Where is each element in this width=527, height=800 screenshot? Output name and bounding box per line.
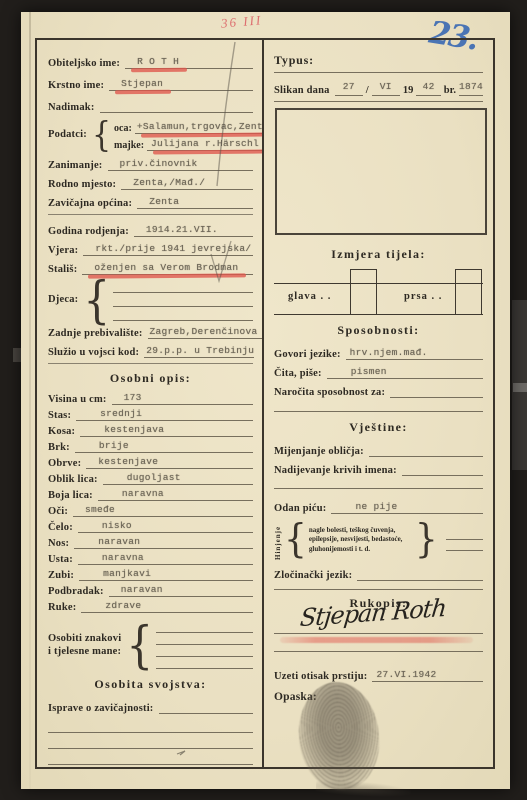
section-separator xyxy=(48,214,253,215)
field-line: kestenjave xyxy=(86,457,253,470)
field-eyebrows: Obrve: kestenjave xyxy=(48,457,253,469)
field-line xyxy=(100,105,253,113)
field-nickname: Nadimak: xyxy=(48,96,253,113)
field-label: Kosa: xyxy=(48,426,80,437)
section-separator xyxy=(48,363,253,364)
field-religion: Vjera: rkt./prije 1941 jevrejska/ xyxy=(48,241,253,256)
left-column: Obiteljsko ime: R O T H Krstno ime: Stje… xyxy=(37,40,264,767)
field-photo-date: Slikan dana 27 / VI 19 42 br. 1874 xyxy=(274,79,483,96)
field-line: naravna xyxy=(98,489,253,502)
photo-number: 1874 xyxy=(459,82,483,94)
measure-rule xyxy=(274,314,483,315)
blank-line xyxy=(156,621,253,633)
feigning-text: nagle bolesti, teškog čuvenja, epilepsij… xyxy=(309,526,413,554)
parents-stack: oca: +Salamun,trgovac,Zenta majke: Julij… xyxy=(114,118,264,152)
paper-edge-mark xyxy=(13,348,21,362)
date-day: 27 xyxy=(343,82,355,94)
field-value: pismen xyxy=(327,367,387,379)
field-value: Zenta,/Mađ./ xyxy=(121,178,205,190)
field-teeth: Zubi: manjkavi xyxy=(48,569,253,581)
blank-line xyxy=(48,733,253,749)
field-value: srednji xyxy=(76,409,142,421)
blank-line xyxy=(156,633,253,645)
field-label: Vjera: xyxy=(48,245,83,256)
field-line: Zenta,/Mađ./ xyxy=(121,178,253,191)
field-hands: Ruke: zdrave xyxy=(48,601,253,613)
field-label: Naročita sposobnost za: xyxy=(274,387,390,398)
field-label: Obiteljsko ime: xyxy=(48,58,125,69)
field-typus: Typus: xyxy=(274,50,483,67)
field-value: Zenta xyxy=(137,197,179,209)
field-build: Stas: srednji xyxy=(48,409,253,421)
fingerprint-smear xyxy=(316,779,412,800)
field-line: manjkavi xyxy=(79,569,253,582)
date-month-line: VI xyxy=(372,84,400,97)
field-label: Zločinački jezik: xyxy=(274,570,357,581)
field-label: Govori jezike: xyxy=(274,349,346,360)
field-last-residence: Zadnje prebivalište: Zagreb,Derenčinova … xyxy=(48,324,253,339)
field-drinking: Odan piću: ne pije xyxy=(274,499,483,514)
field-label: Osobiti znakovi i tjelesne mane: xyxy=(48,632,126,658)
field-line: srednji xyxy=(76,409,253,422)
field-label: Brk: xyxy=(48,442,75,453)
field-value: dugoljast xyxy=(103,473,181,485)
field-label: Nadimak: xyxy=(48,102,100,113)
field-home-municipality: Zavičajna općina: Zenta xyxy=(48,194,253,209)
field-label: Odan piću: xyxy=(274,503,331,514)
paper-crease xyxy=(29,12,31,789)
field-label: Usta: xyxy=(48,554,78,565)
skills-heading: Vještine: xyxy=(274,420,483,435)
field-line: smeđe xyxy=(73,505,253,518)
rule-line xyxy=(274,72,483,73)
field-label: Čelo: xyxy=(48,522,78,533)
date-day-line: 27 xyxy=(335,84,363,97)
photo-number-line: 1874 xyxy=(459,84,483,97)
field-value: R O T H xyxy=(125,57,179,69)
head-label: glava . . xyxy=(288,291,331,302)
field-label: oca: xyxy=(114,124,135,134)
feigning-answer-lines xyxy=(440,529,483,551)
field-label: Krstno ime: xyxy=(48,80,109,91)
field-label-line2: i tjelesne mane: xyxy=(48,646,121,657)
field-children: Djeca: { xyxy=(48,279,253,321)
body-measure-heading: Izmjera tijela: xyxy=(274,247,483,262)
field-label: Ruke: xyxy=(48,602,81,613)
field-value: kestenjave xyxy=(86,457,158,469)
date-slash: / xyxy=(363,86,372,97)
field-label: Isprave o zavičajnosti: xyxy=(48,703,159,714)
field-forehead: Čelo: nisko xyxy=(48,521,253,533)
date-year: 42 xyxy=(423,82,435,94)
feigning-block: Hinjenje { nagle bolesti, teškog čuvenja… xyxy=(274,520,483,560)
field-aliases: Nadijevanje krivih imena: xyxy=(274,461,483,476)
field-line: naravan xyxy=(109,585,253,598)
field-label: Mijenjanje obličja: xyxy=(274,446,369,457)
field-line: dugoljast xyxy=(103,473,253,486)
field-line xyxy=(357,573,483,581)
field-label: Zubi: xyxy=(48,570,79,581)
body-measure-table: glava . . prsa . . xyxy=(274,269,483,315)
field-value xyxy=(357,578,369,580)
field-line: 29.p.p. u Trebinju xyxy=(144,346,254,359)
field-value xyxy=(100,110,112,112)
field-languages: Govori jezike: hrv.njem.mađ. xyxy=(274,345,483,360)
measure-cell-head xyxy=(350,269,377,314)
field-value xyxy=(390,395,402,397)
signature-area: Stjepan Roth xyxy=(274,611,483,657)
field-value: +Salamun,trgovac,Zenta xyxy=(135,122,264,134)
field-value: naravan xyxy=(109,585,163,597)
left-brace: { xyxy=(83,277,110,322)
rule-line xyxy=(274,589,483,590)
field-line: zdrave xyxy=(81,601,253,614)
blank-line xyxy=(113,307,253,321)
field-label: Čita, piše: xyxy=(274,368,327,379)
date-year-line: 42 xyxy=(416,84,440,97)
blank-line xyxy=(48,718,253,733)
field-label: Stas: xyxy=(48,410,76,421)
field-documents: Isprave o zavičajnosti: xyxy=(48,699,253,714)
field-line: pismen xyxy=(327,367,483,380)
field-line: brije xyxy=(75,441,253,454)
red-underline-smear xyxy=(280,637,473,643)
special-marks-lines xyxy=(156,621,253,669)
field-mother: majke: Julijana r.Härschl xyxy=(114,136,264,151)
blank-line xyxy=(156,657,253,669)
field-label: Obrve: xyxy=(48,458,86,469)
field-mouth: Usta: naravna xyxy=(48,553,253,565)
field-special-ability: Naročita sposobnost za: xyxy=(274,383,483,398)
field-label: Podatci: xyxy=(48,129,92,140)
field-label: Djeca: xyxy=(48,294,83,305)
field-birthplace: Rodno mjesto: Zenta,/Mađ./ xyxy=(48,175,253,190)
field-line xyxy=(402,468,483,476)
field-value: ne pije xyxy=(331,502,397,514)
field-value: 27.VI.1942 xyxy=(372,670,436,682)
document-page: 36 III 23. Obiteljsko ime: R O T H Krstn… xyxy=(21,12,510,789)
field-value: naravna xyxy=(78,553,144,565)
field-line: nisko xyxy=(78,521,253,534)
field-line: naravan xyxy=(74,537,253,550)
field-label: Rodno mjesto: xyxy=(48,179,121,190)
blank-line xyxy=(446,540,483,551)
field-birth-year: Godina rodjenja: 1914.21.VII. xyxy=(48,222,253,237)
date-month: VI xyxy=(380,82,392,94)
field-label: Stališ: xyxy=(48,264,82,275)
field-line: priv.činovnik xyxy=(108,159,254,172)
field-value: nisko xyxy=(78,521,132,533)
field-value xyxy=(369,454,381,456)
field-label: Zanimanje: xyxy=(48,160,108,171)
field-line: +Salamun,trgovac,Zenta xyxy=(135,122,264,135)
field-value: Julijana r.Härschl xyxy=(147,139,259,151)
special-traits-heading: Osobita svojstva: xyxy=(48,677,253,692)
field-line xyxy=(390,390,483,398)
field-value: zdrave xyxy=(81,601,141,613)
right-column: Typus: Slikan dana 27 / VI 19 42 br. 187… xyxy=(264,40,493,767)
field-line: hrv.njem.mađ. xyxy=(346,348,483,361)
field-height: Visina u cm: 173 xyxy=(48,393,253,405)
field-value: rkt./prije 1941 jevrejska/ xyxy=(83,244,251,256)
left-brace: { xyxy=(92,119,111,150)
field-value: Zagreb,Derenčinova 29 xyxy=(148,327,264,339)
field-line: naravna xyxy=(78,553,253,566)
field-chin: Podbradak: naravan xyxy=(48,585,253,597)
field-nose: Nos: naravan xyxy=(48,537,253,549)
field-line: Julijana r.Härschl xyxy=(147,139,264,152)
field-label: Služio u vojsci kod: xyxy=(48,347,144,358)
blank-line xyxy=(274,480,483,489)
field-remark: Opaska: xyxy=(274,688,483,703)
handwriting-section: Rukopis: Stjepan Roth xyxy=(274,596,483,657)
rule-line xyxy=(274,101,483,102)
field-label: Zavičajna općina: xyxy=(48,198,137,209)
field-value: 29.p.p. u Trebinju xyxy=(144,346,254,358)
field-moustache: Brk: brije xyxy=(48,441,253,453)
field-label: Oblik lica: xyxy=(48,474,103,485)
blank-line xyxy=(446,529,483,540)
field-value xyxy=(159,711,171,713)
rule-line xyxy=(274,651,483,652)
field-label: majke: xyxy=(114,141,147,151)
photo-number-label: br. xyxy=(441,86,459,97)
field-military-service: Služio u vojsci kod: 29.p.p. u Trebinju xyxy=(48,343,253,358)
field-line: Stjepan xyxy=(109,79,253,92)
field-value: priv.činovnik xyxy=(108,159,198,171)
abilities-heading: Sposobnosti: xyxy=(274,323,483,338)
field-label: Slikan dana xyxy=(274,85,335,96)
field-first-name: Krstno ime: Stjepan xyxy=(48,74,253,91)
field-line: rkt./prije 1941 jevrejska/ xyxy=(83,244,253,257)
field-label: Typus: xyxy=(274,54,319,67)
feigning-vertical-label: Hinjenje xyxy=(274,520,282,560)
children-lines xyxy=(113,279,253,321)
measure-cell-chest xyxy=(455,269,482,314)
field-line xyxy=(369,449,483,457)
field-hair: Kosa: kestenjava xyxy=(48,425,253,437)
field-line xyxy=(159,706,253,714)
field-line: kestenjava xyxy=(80,425,253,438)
field-disguise: Mijenjanje obličja: xyxy=(274,442,483,457)
scanner-clip-mark xyxy=(513,383,527,392)
field-father: oca: +Salamun,trgovac,Zenta xyxy=(114,119,264,134)
chest-label: prsa . . xyxy=(404,291,442,302)
field-label: Oči: xyxy=(48,506,73,517)
field-line: Zagreb,Derenčinova 29 xyxy=(148,327,264,340)
field-label-line1: Osobiti znakovi xyxy=(48,633,121,644)
field-line: ne pije xyxy=(331,502,483,515)
blank-line xyxy=(113,293,253,307)
field-value: brije xyxy=(75,441,129,453)
field-value: hrv.njem.mađ. xyxy=(346,348,428,360)
field-label: Boja lica: xyxy=(48,490,98,501)
blank-line xyxy=(274,402,483,412)
measure-rule xyxy=(274,283,483,284)
left-brace: { xyxy=(126,622,153,667)
field-line: R O T H xyxy=(125,57,253,70)
field-fingerprints-taken: Uzeti otisak prstiju: 27.VI.1942 xyxy=(274,667,483,682)
field-value: 173 xyxy=(112,393,142,405)
blank-line xyxy=(48,749,253,765)
field-label: Uzeti otisak prstiju: xyxy=(274,671,372,682)
form-frame: Obiteljsko ime: R O T H Krstno ime: Stje… xyxy=(35,38,495,769)
field-eyes: Oči: smeđe xyxy=(48,505,253,517)
field-criminal-language: Zločinački jezik: xyxy=(274,566,483,581)
field-line: 173 xyxy=(112,393,253,406)
field-value: naravan xyxy=(74,537,140,549)
field-label: Podbradak: xyxy=(48,586,109,597)
field-face-shape: Oblik lica: dugoljast xyxy=(48,473,253,485)
field-literacy: Čita, piše: pismen xyxy=(274,364,483,379)
field-complexion: Boja lica: naravna xyxy=(48,489,253,501)
handwritten-red-note: 36 III xyxy=(220,12,262,32)
field-value: smeđe xyxy=(73,505,115,517)
date-century: 19 xyxy=(400,86,417,97)
field-line: 1914.21.VII. xyxy=(134,225,253,238)
field-label: Nadijevanje krivih imena: xyxy=(274,465,402,476)
field-value: Stjepan xyxy=(109,79,163,91)
field-value xyxy=(402,473,414,475)
blank-line xyxy=(156,645,253,657)
photo-box xyxy=(275,108,487,235)
personal-description-heading: Osobni opis: xyxy=(48,371,253,386)
field-value: manjkavi xyxy=(79,569,151,581)
field-parents: Podatci: { oca: +Salamun,trgovac,Zenta m… xyxy=(48,118,253,152)
rule-line xyxy=(274,633,483,634)
field-marital-status: Stališ: oženjen sa Verom Brodman xyxy=(48,260,253,275)
field-line: 27.VI.1942 xyxy=(372,670,483,683)
field-label: Godina rodjenja: xyxy=(48,226,134,237)
field-value: 1914.21.VII. xyxy=(134,225,218,237)
blank-line xyxy=(113,279,253,293)
field-occupation: Zanimanje: priv.činovnik xyxy=(48,156,253,171)
field-label: Zadnje prebivalište: xyxy=(48,328,148,339)
field-label: Nos: xyxy=(48,538,74,549)
field-label: Visina u cm: xyxy=(48,394,112,405)
field-value: naravna xyxy=(98,489,164,501)
field-special-marks: Osobiti znakovi i tjelesne mane: { xyxy=(48,621,253,669)
field-family-name: Obiteljsko ime: R O T H xyxy=(48,52,253,69)
right-brace: } xyxy=(415,522,438,558)
blank-line xyxy=(48,765,253,767)
left-brace: { xyxy=(284,522,307,558)
field-value: kestenjava xyxy=(80,425,164,437)
field-line: Zenta xyxy=(137,197,253,210)
